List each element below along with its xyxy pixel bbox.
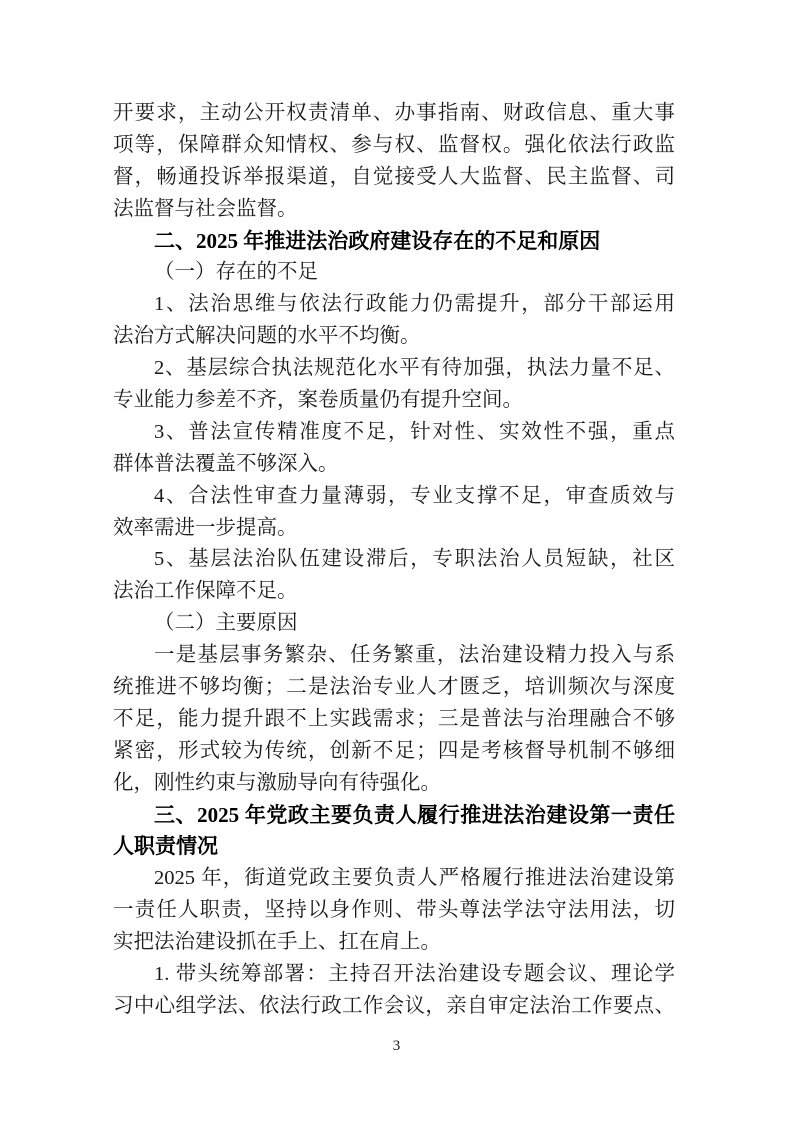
- paragraph-line: 督，畅通投诉举报渠道，自觉接受人大监督、民主监督、司: [113, 162, 675, 194]
- paragraph-line: 1、法治思维与依法行政能力仍需提升，部分干部运用: [113, 289, 675, 321]
- paragraph-line: 统推进不够均衡；二是法治专业人才匮乏，培训频次与深度: [113, 672, 675, 704]
- paragraph-line: 4、合法性审查力量薄弱，专业支撑不足，审查质效与: [113, 481, 675, 513]
- paragraph-line: 法监督与社会监督。: [113, 194, 675, 226]
- paragraph-line: 化，刚性约束与激励导向有待强化。: [113, 768, 675, 800]
- paragraph-line: 一责任人职责，坚持以身作则、带头尊法学法守法用法，切: [113, 895, 675, 927]
- section-heading-line: 二、2025 年推进法治政府建设存在的不足和原因: [113, 226, 675, 258]
- paragraph-line: 3、普法宣传精准度不足，针对性、实效性不强，重点: [113, 417, 675, 449]
- paragraph-line: 专业能力参差不齐，案卷质量仍有提升空间。: [113, 385, 675, 417]
- paragraph-line: 5、基层法治队伍建设滞后，专职法治人员短缺，社区: [113, 544, 675, 576]
- paragraph-line: 2、基层综合执法规范化水平有待加强，执法力量不足、: [113, 353, 675, 385]
- page-number: 3: [0, 1038, 793, 1055]
- document-content: 开要求，主动公开权责清单、办事指南、财政信息、重大事项等，保障群众知情权、参与权…: [113, 98, 675, 1023]
- section-heading-line: 三、2025 年党政主要负责人履行推进法治建设第一责任: [113, 800, 675, 832]
- paragraph-line: 1. 带头统筹部署：主持召开法治建设专题会议、理论学: [113, 959, 675, 991]
- paragraph-line: 开要求，主动公开权责清单、办事指南、财政信息、重大事: [113, 98, 675, 130]
- subsection-heading-line: （一）存在的不足: [113, 257, 675, 289]
- paragraph-line: 法治工作保障不足。: [113, 576, 675, 608]
- paragraph-line: 习中心组学法、依法行政工作会议，亲自审定法治工作要点、: [113, 991, 675, 1023]
- paragraph-line: 项等，保障群众知情权、参与权、监督权。强化依法行政监: [113, 130, 675, 162]
- paragraph-line: 群体普法覆盖不够深入。: [113, 449, 675, 481]
- document-page: 开要求，主动公开权责清单、办事指南、财政信息、重大事项等，保障群众知情权、参与权…: [0, 0, 793, 1122]
- paragraph-line: 不足，能力提升跟不上实践需求；三是普法与治理融合不够: [113, 704, 675, 736]
- paragraph-line: 一是基层事务繁杂、任务繁重，法治建设精力投入与系: [113, 640, 675, 672]
- paragraph-line: 紧密，形式较为传统，创新不足；四是考核督导机制不够细: [113, 736, 675, 768]
- section-heading-line: 人职责情况: [113, 831, 675, 863]
- paragraph-line: 效率需进一步提高。: [113, 513, 675, 545]
- paragraph-line: 法治方式解决问题的水平不均衡。: [113, 321, 675, 353]
- paragraph-line: 实把法治建设抓在手上、扛在肩上。: [113, 927, 675, 959]
- paragraph-line: 2025 年，街道党政主要负责人严格履行推进法治建设第: [113, 863, 675, 895]
- subsection-heading-line: （二）主要原因: [113, 608, 675, 640]
